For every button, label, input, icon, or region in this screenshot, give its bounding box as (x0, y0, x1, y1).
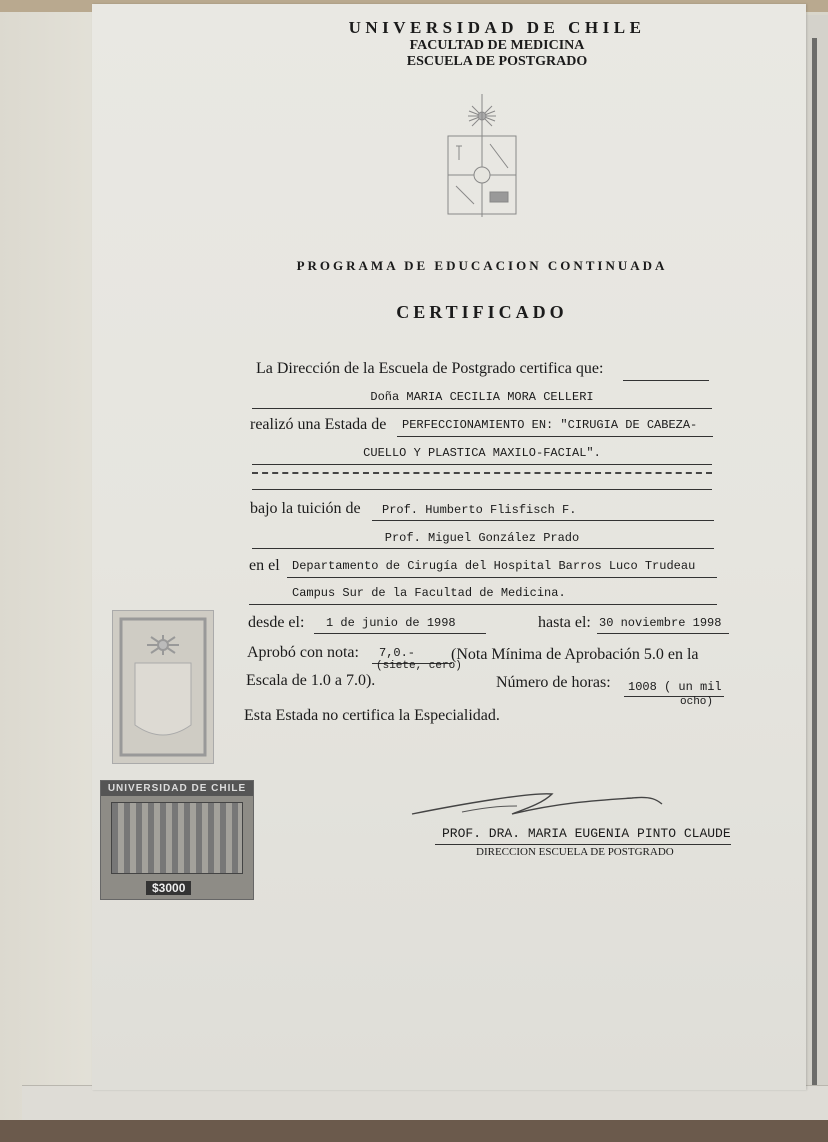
university-name: UNIVERSIDAD DE CHILE (327, 18, 667, 38)
stay-underline-1 (397, 436, 713, 437)
program-name: PROGRAMA DE EDUCACION CONTINUADA (262, 258, 702, 274)
place-underline-2 (249, 604, 717, 605)
seal-stamp-icon (113, 611, 213, 763)
stay-line-1: PERFECCIONAMIENTO EN: "CIRUGIA DE CABEZA… (402, 418, 697, 432)
dashed-filler-line (252, 472, 712, 474)
tax-stamp: UNIVERSIDAD DE CHILE $3000 (100, 780, 254, 900)
blank-line-2 (252, 489, 712, 490)
tutor-1: Prof. Humberto Flisfisch F. (382, 503, 576, 517)
stay-underline-2 (252, 464, 712, 465)
tutor-label: bajo la tuición de (250, 500, 361, 518)
from-label: desde el: (248, 614, 304, 632)
tax-stamp-value: $3000 (146, 881, 191, 895)
recipient-line (252, 408, 712, 409)
signatory-name: PROF. DRA. MARIA EUGENIA PINTO CLAUDE (442, 826, 731, 841)
document-title: CERTIFICADO (332, 302, 632, 323)
disclaimer-text: Esta Estada no certifica la Especialidad… (244, 707, 500, 725)
tutor-2: Prof. Miguel González Prado (252, 531, 712, 545)
place-line-1: Departamento de Cirugía del Hospital Bar… (292, 559, 695, 573)
stay-line-2: CUELLO Y PLASTICA MAXILO-FACIAL". (252, 446, 712, 460)
faculty-name: FACULTAD DE MEDICINA (327, 38, 667, 54)
building-engraving-icon (111, 802, 243, 874)
hours-words: ocho) (680, 696, 713, 708)
background-bottom (0, 1120, 828, 1142)
tutor-underline-2 (252, 548, 714, 549)
university-coat-of-arms-icon (442, 94, 522, 219)
school-name: ESCUELA DE POSTGRADO (327, 54, 667, 70)
from-date: 1 de junio de 1998 (326, 616, 456, 630)
to-date: 30 noviembre 1998 (599, 616, 721, 630)
grade-scale: Escala de 1.0 a 7.0). (246, 672, 375, 690)
signatory-role: DIRECCION ESCUELA DE POSTGRADO (476, 846, 674, 858)
grade-words: (siete, cero) (376, 660, 462, 672)
blank-line (623, 380, 709, 381)
place-label: en el (249, 557, 280, 575)
from-underline (314, 633, 486, 634)
place-underline-1 (287, 577, 717, 578)
place-line-2: Campus Sur de la Facultad de Medicina. (292, 586, 566, 600)
signature-scribble-icon (402, 784, 702, 824)
to-underline (597, 633, 729, 634)
intro-text: La Dirección de la Escuela de Postgrado … (256, 360, 603, 378)
binder-edge (812, 38, 817, 1088)
signature-line (435, 844, 731, 845)
grade-note: (Nota Mínima de Aprobación 5.0 en la (451, 646, 699, 664)
grade-label: Aprobó con nota: (247, 644, 359, 662)
hours-value: 1008 ( un mil (628, 680, 722, 694)
tutor-underline-1 (372, 520, 714, 521)
tax-stamp-title: UNIVERSIDAD DE CHILE (101, 781, 253, 796)
to-label: hasta el: (538, 614, 591, 632)
recipient-name: Doña MARIA CECILIA MORA CELLERI (252, 390, 712, 404)
stay-label: realizó una Estada de (250, 416, 386, 434)
certificate-page: UNIVERSIDAD DE CHILE FACULTAD DE MEDICIN… (92, 4, 806, 1090)
seal-stamp (112, 610, 214, 764)
grade-value: 7,0.- (379, 646, 415, 660)
background-surface (0, 0, 100, 1142)
hours-label: Número de horas: (496, 674, 611, 692)
